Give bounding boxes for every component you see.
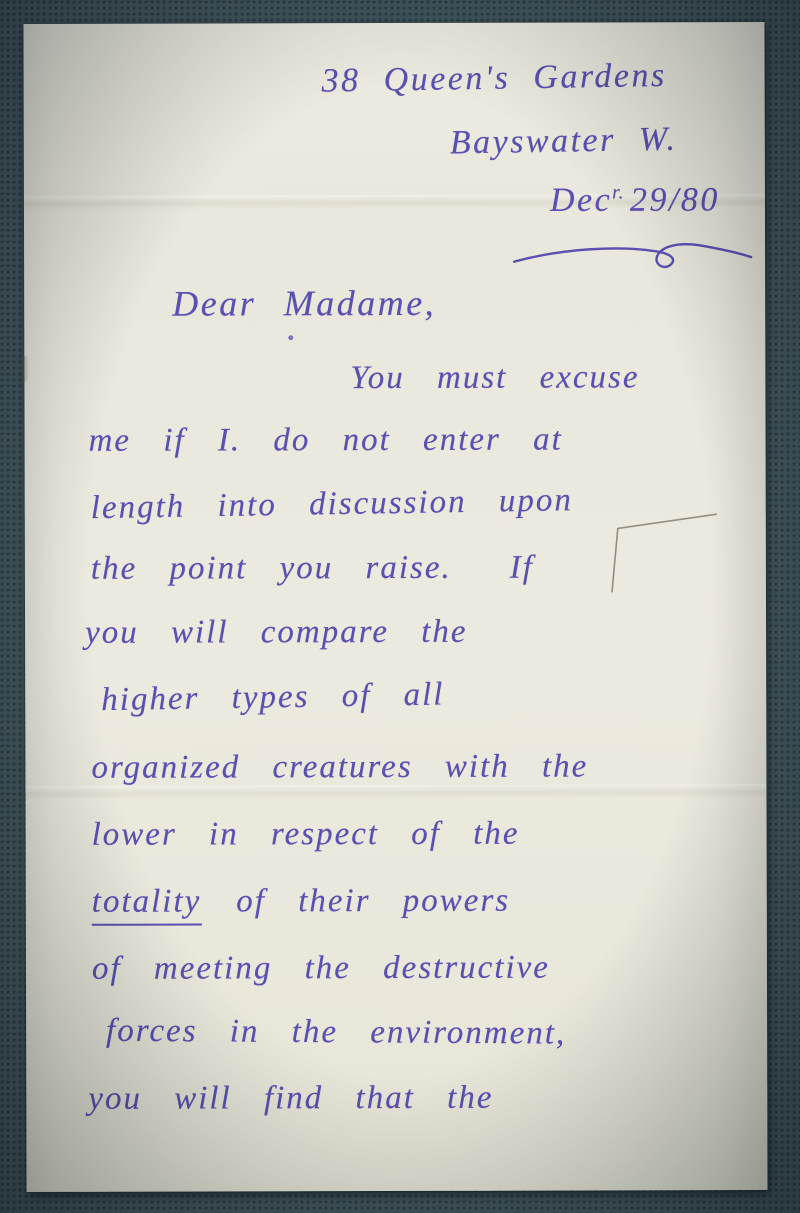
- date-superscript: r.: [612, 181, 624, 203]
- body-line-4-start: the point you raise.: [91, 550, 452, 587]
- body-line-10: of meeting the destructive: [92, 951, 550, 987]
- body-line-11: forces in the environment,: [106, 1014, 566, 1051]
- body-line-5: you will compare the: [85, 615, 468, 651]
- date-line: Decr. 29/80: [550, 182, 720, 218]
- body-line-12: you will find that the: [88, 1081, 493, 1117]
- body-line-4: the point you raise.If: [91, 551, 534, 587]
- address-line-1: 38 Queen's Gardens: [321, 58, 667, 99]
- letter-paper: 38 Queen's Gardens Bayswater W. Decr. 29…: [23, 22, 767, 1192]
- salutation-line: Dear Madame,: [172, 285, 436, 323]
- underlined-word: totality: [92, 884, 202, 926]
- date-year: 29/80: [630, 181, 720, 218]
- body-line-4-end: If: [510, 550, 534, 586]
- body-line-9-rest: of their powers: [236, 883, 510, 920]
- body-line-9: totality of their powers: [92, 884, 510, 920]
- flourish-swash-icon: [510, 232, 756, 279]
- body-line-3: length into discussion upon: [90, 483, 573, 526]
- body-line-1: You must excuse: [350, 360, 639, 395]
- body-line-8: lower in respect of the: [92, 817, 520, 853]
- body-line-7: organized creatures with the: [91, 749, 588, 785]
- body-line-2: me if I. do not enter at: [89, 423, 563, 459]
- paper-edge-nick: [22, 356, 29, 382]
- photograph-background: 38 Queen's Gardens Bayswater W. Decr. 29…: [0, 0, 800, 1213]
- date-prefix: Dec: [550, 182, 612, 219]
- pencil-bracket-mark-icon: [607, 508, 721, 596]
- ink-dot: [288, 335, 293, 340]
- paper-fold-crease-middle: [25, 784, 766, 800]
- body-line-6: higher types of all: [101, 677, 445, 717]
- address-line-2: Bayswater W.: [450, 122, 678, 161]
